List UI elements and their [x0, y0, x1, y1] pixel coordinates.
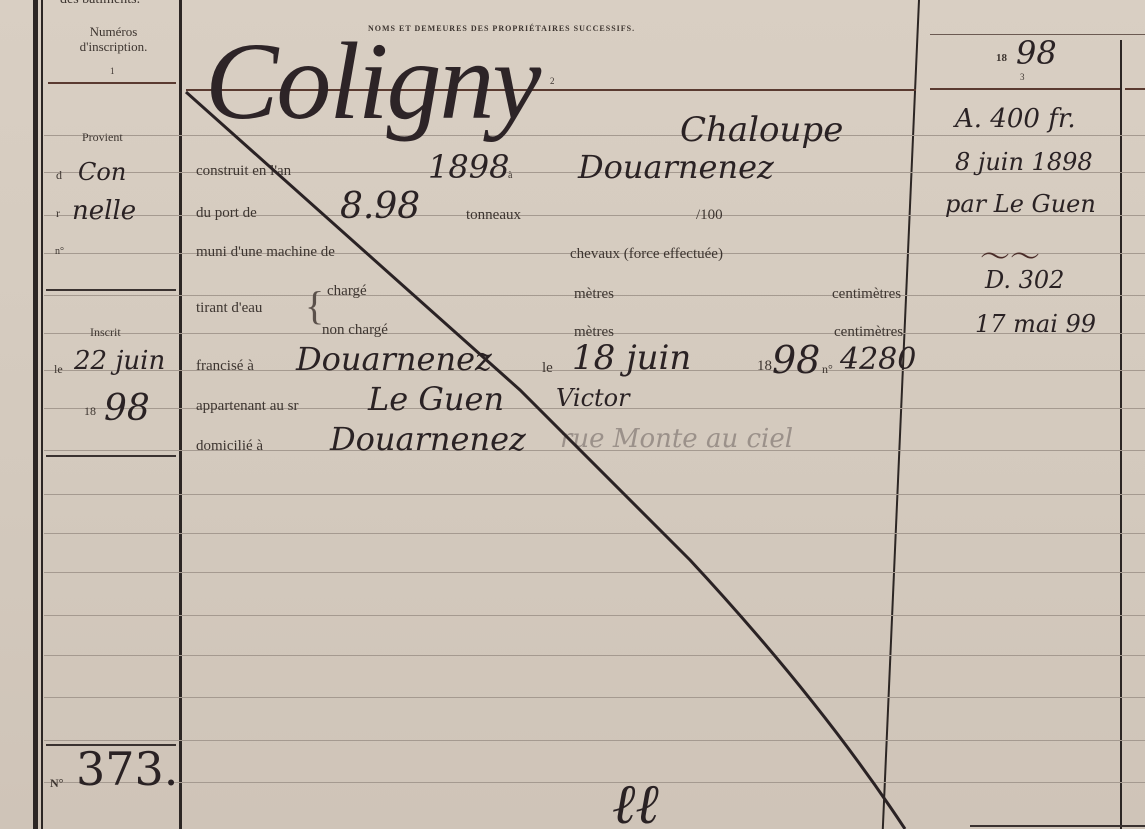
construit-place: Douarnenez: [578, 148, 774, 186]
domicile-place: Douarnenez: [330, 420, 526, 458]
construit-a: à: [508, 170, 512, 181]
inscrit-date: 22 juin: [74, 346, 165, 376]
provient-prefix-n: n°: [55, 246, 64, 257]
right-note-4: D. 302: [985, 266, 1064, 294]
machine-label: muni d'une machine de: [196, 244, 335, 261]
chevaux-label: chevaux (force effectuée): [570, 246, 723, 263]
tirant-label: tirant d'eau: [196, 300, 262, 317]
ruled-line: [44, 533, 1145, 534]
provient-prefix-r: r: [56, 206, 60, 221]
vessel-name: Coligny: [205, 18, 539, 145]
header-numeros: Numéros d'inscription.: [56, 24, 171, 54]
francise-label: francisé à: [196, 358, 254, 375]
column-divider-3: [1120, 40, 1122, 829]
header-rule-far-right: [1125, 88, 1145, 90]
left-margin-border: [33, 0, 38, 829]
ruled-line: [44, 615, 1145, 616]
inscrit-le: le: [54, 362, 63, 377]
right-year-prefix: 18: [996, 52, 1007, 64]
right-note-2: 8 juin 1898: [955, 148, 1093, 176]
owner-name: Le Guen: [368, 380, 504, 418]
metres-charge: mètres: [574, 286, 614, 303]
right-bottom-rule: [970, 825, 1145, 827]
header-batiments: des bâtiments.: [60, 0, 140, 8]
port-value: 8.98: [340, 186, 420, 227]
centimetres-charge: centimètres: [832, 286, 901, 303]
right-note-5: 17 mai 99: [975, 310, 1096, 338]
inscrit-label: Inscrit: [90, 325, 121, 340]
provient-label: Provient: [82, 130, 123, 145]
right-year-value: 98: [1016, 34, 1057, 72]
left-section-rule-1: [46, 289, 176, 291]
tonneaux-label: tonneaux: [466, 207, 521, 224]
non-charge-label: non chargé: [322, 322, 388, 339]
francise-date: 18 juin: [572, 338, 691, 378]
centimetres-non-charge: centimètres: [834, 324, 903, 341]
left-inner-border: [41, 0, 43, 829]
appartenant-label: appartenant au sr: [196, 398, 298, 415]
register-page: des bâtiments. Numéros d'inscription. 1 …: [0, 0, 1145, 829]
header-rule-right: [930, 88, 1120, 90]
port-label: du port de: [196, 205, 257, 222]
vessel-type: Chaloupe: [680, 110, 843, 150]
header-rule-left: [48, 82, 176, 84]
ruled-line: [44, 494, 1145, 495]
francise-no: 4280: [840, 342, 916, 377]
provient-value-1: Con: [78, 158, 126, 186]
right-note-1: A. 400 fr.: [955, 104, 1076, 134]
number-value: 373.: [76, 742, 178, 796]
signature-fragment: ℓℓ: [612, 772, 659, 829]
ruled-line: [44, 655, 1145, 656]
right-note-3: par Le Guen: [945, 190, 1096, 218]
number-label: N°: [50, 776, 63, 791]
francise-place: Douarnenez: [296, 340, 492, 378]
ruled-line: [44, 740, 1145, 741]
ruled-line: [44, 697, 1145, 698]
francise-no-label: n°: [822, 362, 833, 377]
ruled-line: [44, 782, 1145, 783]
right-col-number: 3: [1020, 72, 1025, 82]
provient-value-2: nelle: [72, 196, 136, 226]
column-divider-2: [882, 0, 920, 829]
ruled-line: [44, 572, 1145, 573]
domicile-street: rue Monte au ciel: [560, 424, 793, 454]
provient-prefix-d: d: [56, 168, 62, 183]
column-divider-1: [179, 0, 182, 829]
construit-year: 1898: [428, 148, 509, 186]
inscrit-year-prefix: 18: [84, 404, 96, 419]
tonneaux-fraction: /100: [696, 207, 723, 224]
domicile-label: domicilié à: [196, 438, 263, 455]
charge-label: chargé: [327, 283, 367, 300]
francise-year-prefix: 18: [757, 358, 772, 375]
inscrit-year: 98: [104, 388, 150, 429]
francise-year: 98: [772, 338, 820, 382]
construit-label: construit en l'an: [196, 163, 291, 180]
left-col-number: 1: [110, 66, 115, 76]
francise-le: le: [542, 360, 553, 377]
main-col-number: 2: [550, 76, 555, 86]
owner-first: Victor: [556, 384, 630, 412]
left-section-rule-2: [46, 455, 176, 457]
